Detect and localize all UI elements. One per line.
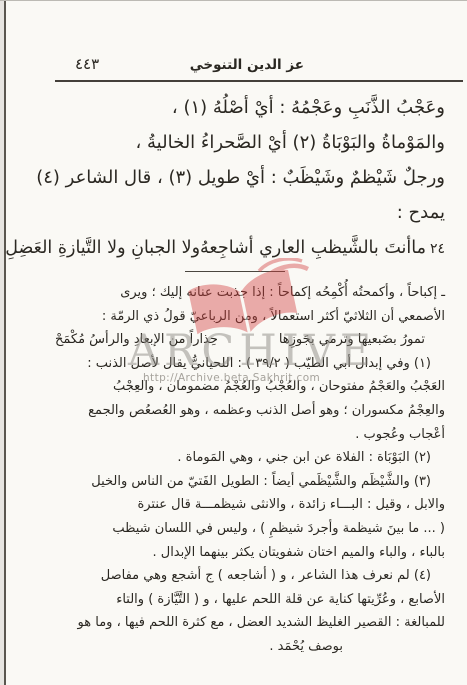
verse-hemistich-left: ولا الجبانِ ولا التَّيازةِ العَضِلِ (5, 232, 200, 264)
footnote-line: (٤) لم نعرف هذا الشاعر ، و ( أشاجعه ) ج … (30, 564, 445, 588)
header-rule (55, 80, 463, 82)
footnotes-block: ـ إكباحاً ، وأكمحتُه أُكْمِحُه إكماحاً :… (30, 281, 445, 659)
footnote-line: ـ إكباحاً ، وأكمحتُه أُكْمِحُه إكماحاً :… (30, 281, 445, 305)
text-line: وعَجْبُ الذَّنَبِ وعَجْمُهُ : أيْ أصْلُه… (35, 90, 445, 125)
footnote-line: ( ... ما بينَ شيظمة وأجردَ شيظمِ ) ، ولي… (30, 517, 445, 541)
footnote-line: أعْجاب وعُجوب . (30, 423, 445, 447)
page-number: ٤٤٣ (75, 55, 99, 73)
footnote-line: والعِجْمُ مكسوران ؛ وهو أصل الذنب وعظمه … (30, 399, 445, 423)
verse-number: ٢٤ (426, 233, 445, 265)
footnote-line: (١) وفي إبدال أبي الطيّب ( ٣٩/٢ ) : اللح… (30, 352, 445, 376)
footnote-line: (٣) والشَّيْظَم والشَّيْظَمي أيضاً : الط… (30, 470, 445, 494)
page-left-edge-line (4, 0, 6, 685)
footnote-line: (٢) البَوْبَاة : الفلاة عن ابن جني ، وهي… (30, 446, 445, 470)
page-header: ٤٤٣ عز الدين التنوخي (35, 54, 445, 80)
text-line: يمدح : (35, 195, 445, 230)
scanned-book-page: ٤٤٣ عز الدين التنوخي وعَجْبُ الذَّنَبِ و… (0, 0, 467, 685)
scan-top-edge-line (0, 0, 467, 1)
main-text-block: وعَجْبُ الذَّنَبِ وعَجْمُهُ : أيْ أصْلُه… (35, 90, 445, 265)
footnote-verse-right: تمورُ بضَبعيها وترمي بجَوزِها (279, 328, 425, 352)
header-title: عز الدين التنوخي (190, 57, 304, 73)
text-line: والمَوْماةُ والبَوْبَاةُ (٢) أيْ الصَّحر… (35, 125, 445, 160)
footnote-line: العَجْبُ والعَجْمُ مفتوحان ، والعُجْبُ و… (30, 375, 445, 399)
footnote-line: الأصابع ، وعُرِّيتها كناية عن قلة اللحم … (30, 588, 445, 612)
footnote-verse-row: تمورُ بضَبعيها وترمي بجَوزِها حِذاراً من… (30, 328, 445, 352)
verse-hemistich-right: ماأنتَ بالشَّيظبِ العاري أشاجِعهُ (200, 232, 426, 264)
footnote-line: بالباء ، والباء والميم اختان شفويتان يكث… (30, 541, 445, 565)
poetry-verse-row: ٢٤ ماأنتَ بالشَّيظبِ العاري أشاجِعهُ ولا… (35, 232, 445, 265)
footnote-line: والابل ، وقيل : البـــاء زائدة ، والانثى… (30, 493, 445, 517)
footnote-line: للمبالغة : القصير الغليظ الشديد العضل ، … (30, 611, 445, 635)
text-line: ورجلٌ شَيْظمٌ وشَيْظَبٌ : أيْ طويل (٣) ،… (35, 160, 445, 195)
footnote-line: الأصمعي أن الثلاثيّ أكثر استعمالاً ، ومن… (30, 305, 445, 329)
footnote-verse-left: حِذاراً من الإبعادِ والرأسُ مُكْمَحْ (55, 328, 218, 352)
footnote-line: بوصف يُحْمَد . (30, 635, 445, 659)
footnote-separator-rule (185, 271, 285, 272)
